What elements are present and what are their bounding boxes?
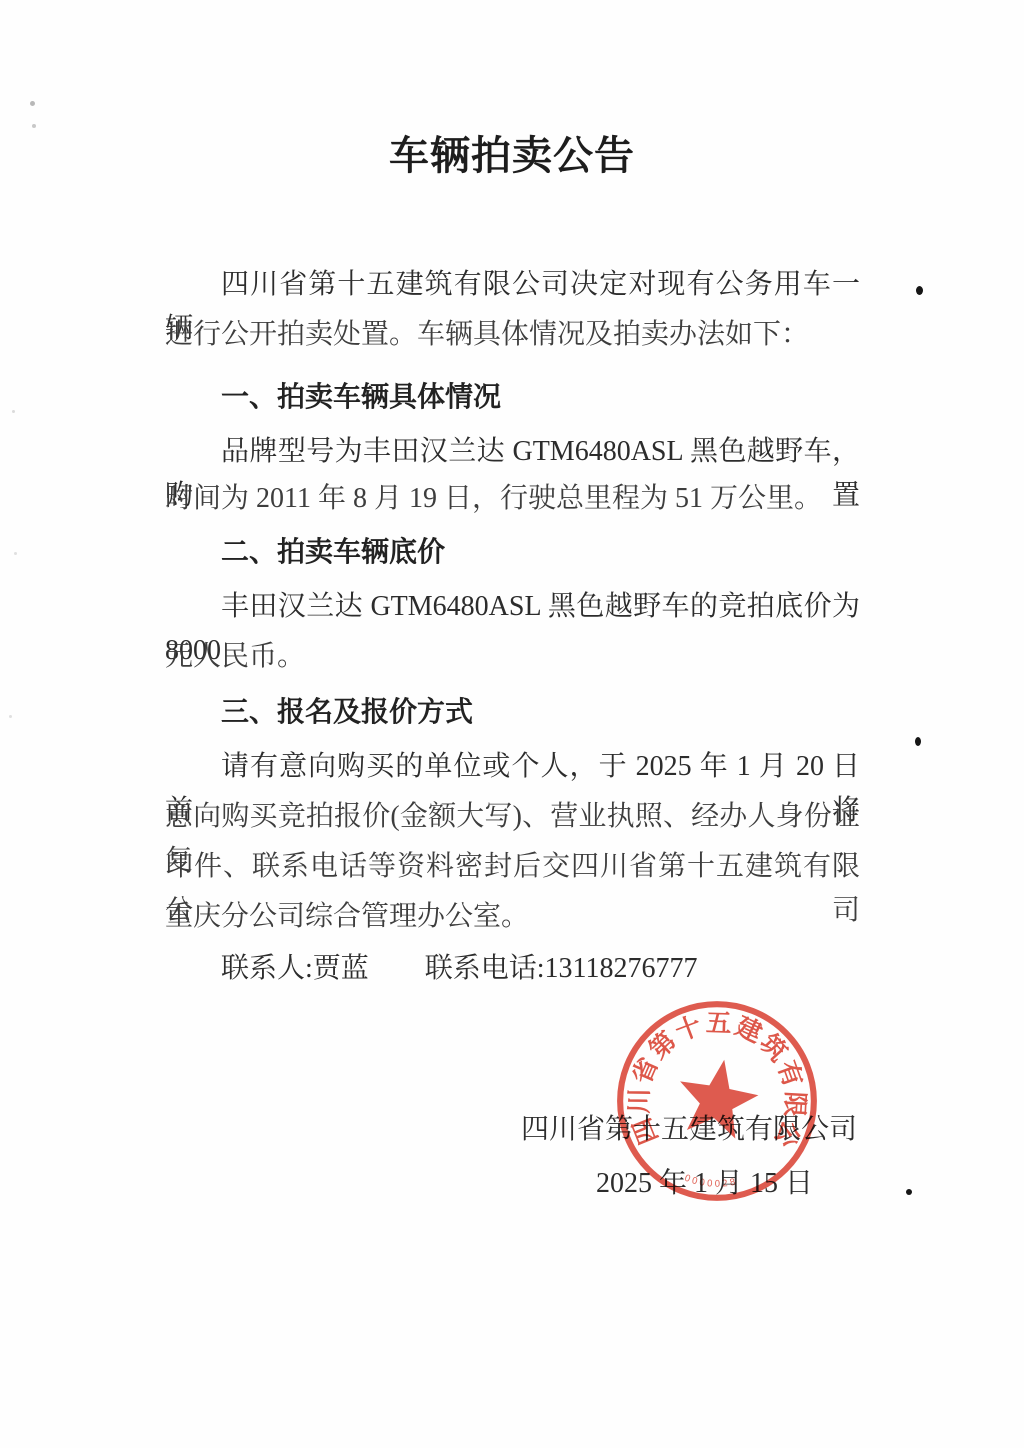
signature-date: 2025 年 1 月 15 日 — [596, 1162, 813, 1206]
scan-speck — [14, 552, 17, 555]
ink-dot — [916, 286, 923, 295]
intro-line-2: 进行公开拍卖处置。车辆具体情况及拍卖办法如下： — [165, 313, 860, 357]
section3-heading: 三、报名及报价方式 — [165, 690, 860, 734]
section1-line-2: 时间为 2011 年 8 月 19 日，行驶总里程为 51 万公里。 — [165, 477, 860, 521]
contact-person: 联系人:贾蓝 — [221, 953, 369, 984]
signature-company: 四川省第十五建筑有限公司 — [521, 1108, 857, 1152]
contact-line: 联系人:贾蓝联系电话:13118276777 — [165, 947, 860, 991]
scan-speck — [30, 101, 35, 106]
section3-line-4: 重庆分公司综合管理办公室。 — [165, 895, 860, 939]
section2-heading: 二、拍卖车辆底价 — [165, 530, 860, 574]
ink-dot — [915, 737, 921, 746]
contact-phone: 联系电话:13118276777 — [425, 953, 698, 984]
scan-speck — [32, 124, 36, 128]
section1-heading: 一、拍卖车辆具体情况 — [165, 375, 860, 419]
section2-line-2: 元人民币。 — [165, 635, 860, 679]
document-page: 车辆拍卖公告 四川省第十五建筑有限公司决定对现有公务用车一辆 进行公开拍卖处置。… — [0, 0, 1024, 1448]
scan-speck — [9, 715, 12, 718]
ink-dot — [906, 1189, 912, 1195]
scan-speck — [12, 410, 15, 413]
page-title: 车辆拍卖公告 — [0, 130, 1024, 182]
